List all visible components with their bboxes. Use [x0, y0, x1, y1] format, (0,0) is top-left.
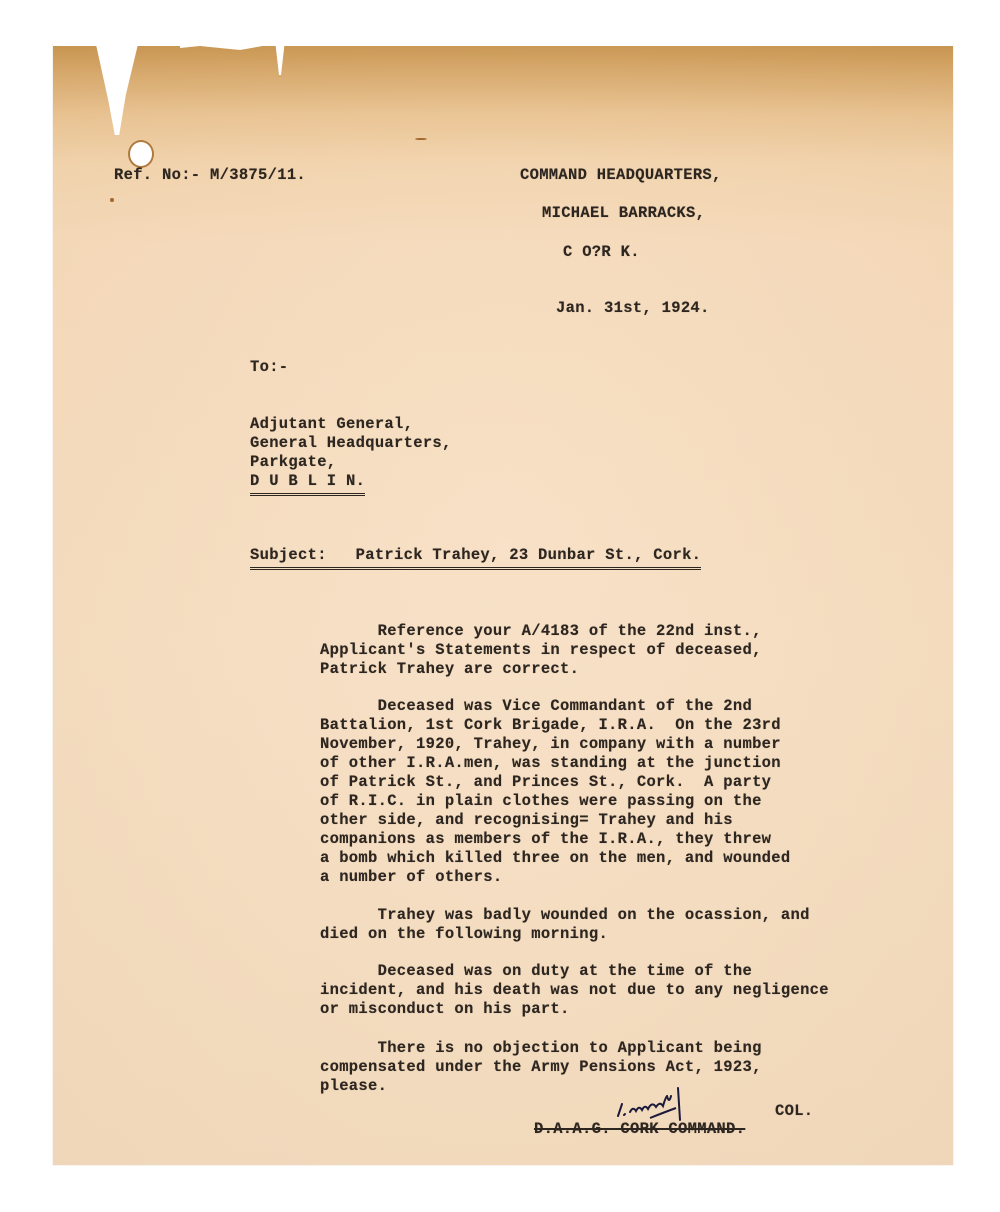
stain-speck: [415, 138, 427, 140]
letterhead-line1: COMMAND HEADQUARTERS,: [520, 166, 722, 186]
body-line: died on the following morning.: [320, 925, 608, 945]
body-line: incident, and his death was not due to a…: [320, 981, 829, 1001]
body-line: Patrick Trahey are correct.: [320, 660, 579, 680]
body-line: companions as members of the I.R.A., the…: [320, 830, 771, 850]
body-line: a bomb which killed three on the men, an…: [320, 849, 790, 869]
signatory-title: D.A.A.G. CORK COMMAND.: [534, 1120, 745, 1140]
body-line: Deceased was on duty at the time of the: [320, 962, 752, 982]
body-line: Battalion, 1st Cork Brigade, I.R.A. On t…: [320, 716, 781, 736]
subject-line: Subject: Patrick Trahey, 23 Dunbar St., …: [250, 546, 701, 570]
body-line: November, 1920, Trahey, in company with …: [320, 735, 781, 755]
body-line: a number of others.: [320, 868, 502, 888]
letterhead-line3: C O?R K.: [563, 243, 640, 263]
body-line: of Patrick St., and Princes St., Cork. A…: [320, 773, 771, 793]
stain-speck: [110, 198, 114, 202]
recipient-line3: Parkgate,: [250, 453, 336, 473]
body-line: There is no objection to Applicant being: [320, 1039, 762, 1059]
body-line: or misconduct on his part.: [320, 1000, 570, 1020]
letter-date: Jan. 31st, 1924.: [556, 299, 710, 319]
recipient-line1: Adjutant General,: [250, 415, 413, 435]
body-line: of R.I.C. in plain clothes were passing …: [320, 792, 762, 812]
body-line: Reference your A/4183 of the 22nd inst.,: [320, 622, 762, 642]
body-line: compensated under the Army Pensions Act,…: [320, 1058, 762, 1078]
reference-number: Ref. No:- M/3875/11.: [114, 166, 306, 186]
to-label: To:-: [250, 358, 288, 378]
body-line: Deceased was Vice Commandant of the 2nd: [320, 697, 752, 717]
signatory-rank: COL.: [775, 1102, 813, 1122]
body-line: of other I.R.A.men, was standing at the …: [320, 754, 781, 774]
body-line: Applicant's Statements in respect of dec…: [320, 641, 762, 661]
body-line: other side, and recognising= Trahey and …: [320, 811, 733, 831]
handwritten-signature: [610, 1082, 720, 1122]
recipient-line4: D U B L I N.: [250, 472, 365, 496]
body-line: Trahey was badly wounded on the ocassion…: [320, 906, 810, 926]
punch-hole: [130, 142, 152, 166]
letterhead-line2: MICHAEL BARRACKS,: [542, 204, 705, 224]
body-line: please.: [320, 1077, 387, 1097]
recipient-line2: General Headquarters,: [250, 434, 452, 454]
